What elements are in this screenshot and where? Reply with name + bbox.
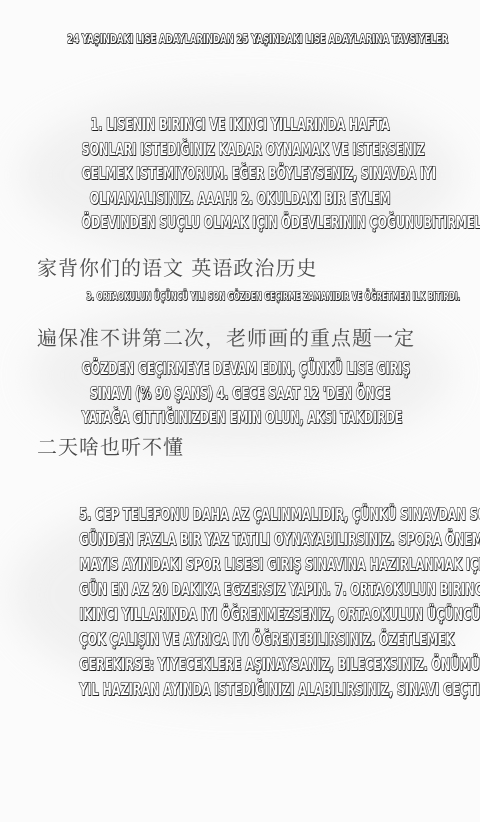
text-line: sınavı (% 90 şans) 4. Gece saat 12 'den … [82, 382, 399, 407]
chinese-text-1: 家背你们的语文 英语政治历史 [37, 252, 317, 281]
text-line: gerekirse: yiyeceklere aşinaysanız, bile… [79, 653, 401, 678]
text-line: olmamalısınız. Aaah! 2. Okuldaki bir eyl… [82, 187, 399, 212]
advice-paragraph-3: 3. Ortaokulun üçüncü yılı son gözden geç… [86, 288, 393, 304]
text-line: çok çalışın ve ayrıca iyi öğrenebilirsin… [79, 628, 401, 653]
advice-paragraph-4: gözden geçirmeye devam edin, çünkü lise … [82, 357, 399, 431]
text-line: ödevinden suçlu olmak için ödevlerinin ç… [82, 211, 399, 236]
text-line: ikinci yıllarında iyi öğrenmezseniz, ort… [79, 603, 401, 628]
text-line: 5. Cep telefonu daha az çalınmalıdır, çü… [79, 503, 401, 528]
advice-paragraph-1: 1. Lisenin birinci ve ikinci yıllarında … [82, 113, 399, 236]
advice-paragraph-5: 5. Cep telefonu daha az çalınmalıdır, çü… [79, 503, 401, 703]
chinese-text-3: 二天啥也听不懂 [37, 431, 184, 460]
text-line: 1. Lisenin birinci ve ikinci yıllarında … [82, 113, 399, 138]
chinese-text-2: 遍保准不讲第二次，老师画的重点题一定 [37, 322, 415, 351]
text-line: gelmek istemiyorum. Eğer böyleyseniz, sı… [82, 162, 399, 187]
title-text: 24 yaşındaki lise adaylarından 25 yaşınd… [67, 29, 413, 49]
text-line: günden fazla bir yaz tatili oynayabilirs… [79, 528, 401, 553]
text-line: yatağa gittiğinizden emin olun, aksi tak… [82, 406, 399, 431]
text-line: yıl haziran ayında istediğinizi alabilir… [79, 678, 401, 703]
text-line: gözden geçirmeye devam edin, çünkü lise … [82, 357, 399, 382]
text-line: Mayıs ayındaki spor lisesi giriş sınavın… [79, 553, 401, 578]
text-line: gün en az 20 dakika egzersiz yapın. 7. O… [79, 578, 401, 603]
text-line: 3. Ortaokulun üçüncü yılı son gözden geç… [86, 288, 393, 304]
page-title: 24 yaşındaki lise adaylarından 25 yaşınd… [67, 29, 413, 49]
text-line: sonları istediğiniz kadar oynamak ve ist… [82, 138, 399, 163]
